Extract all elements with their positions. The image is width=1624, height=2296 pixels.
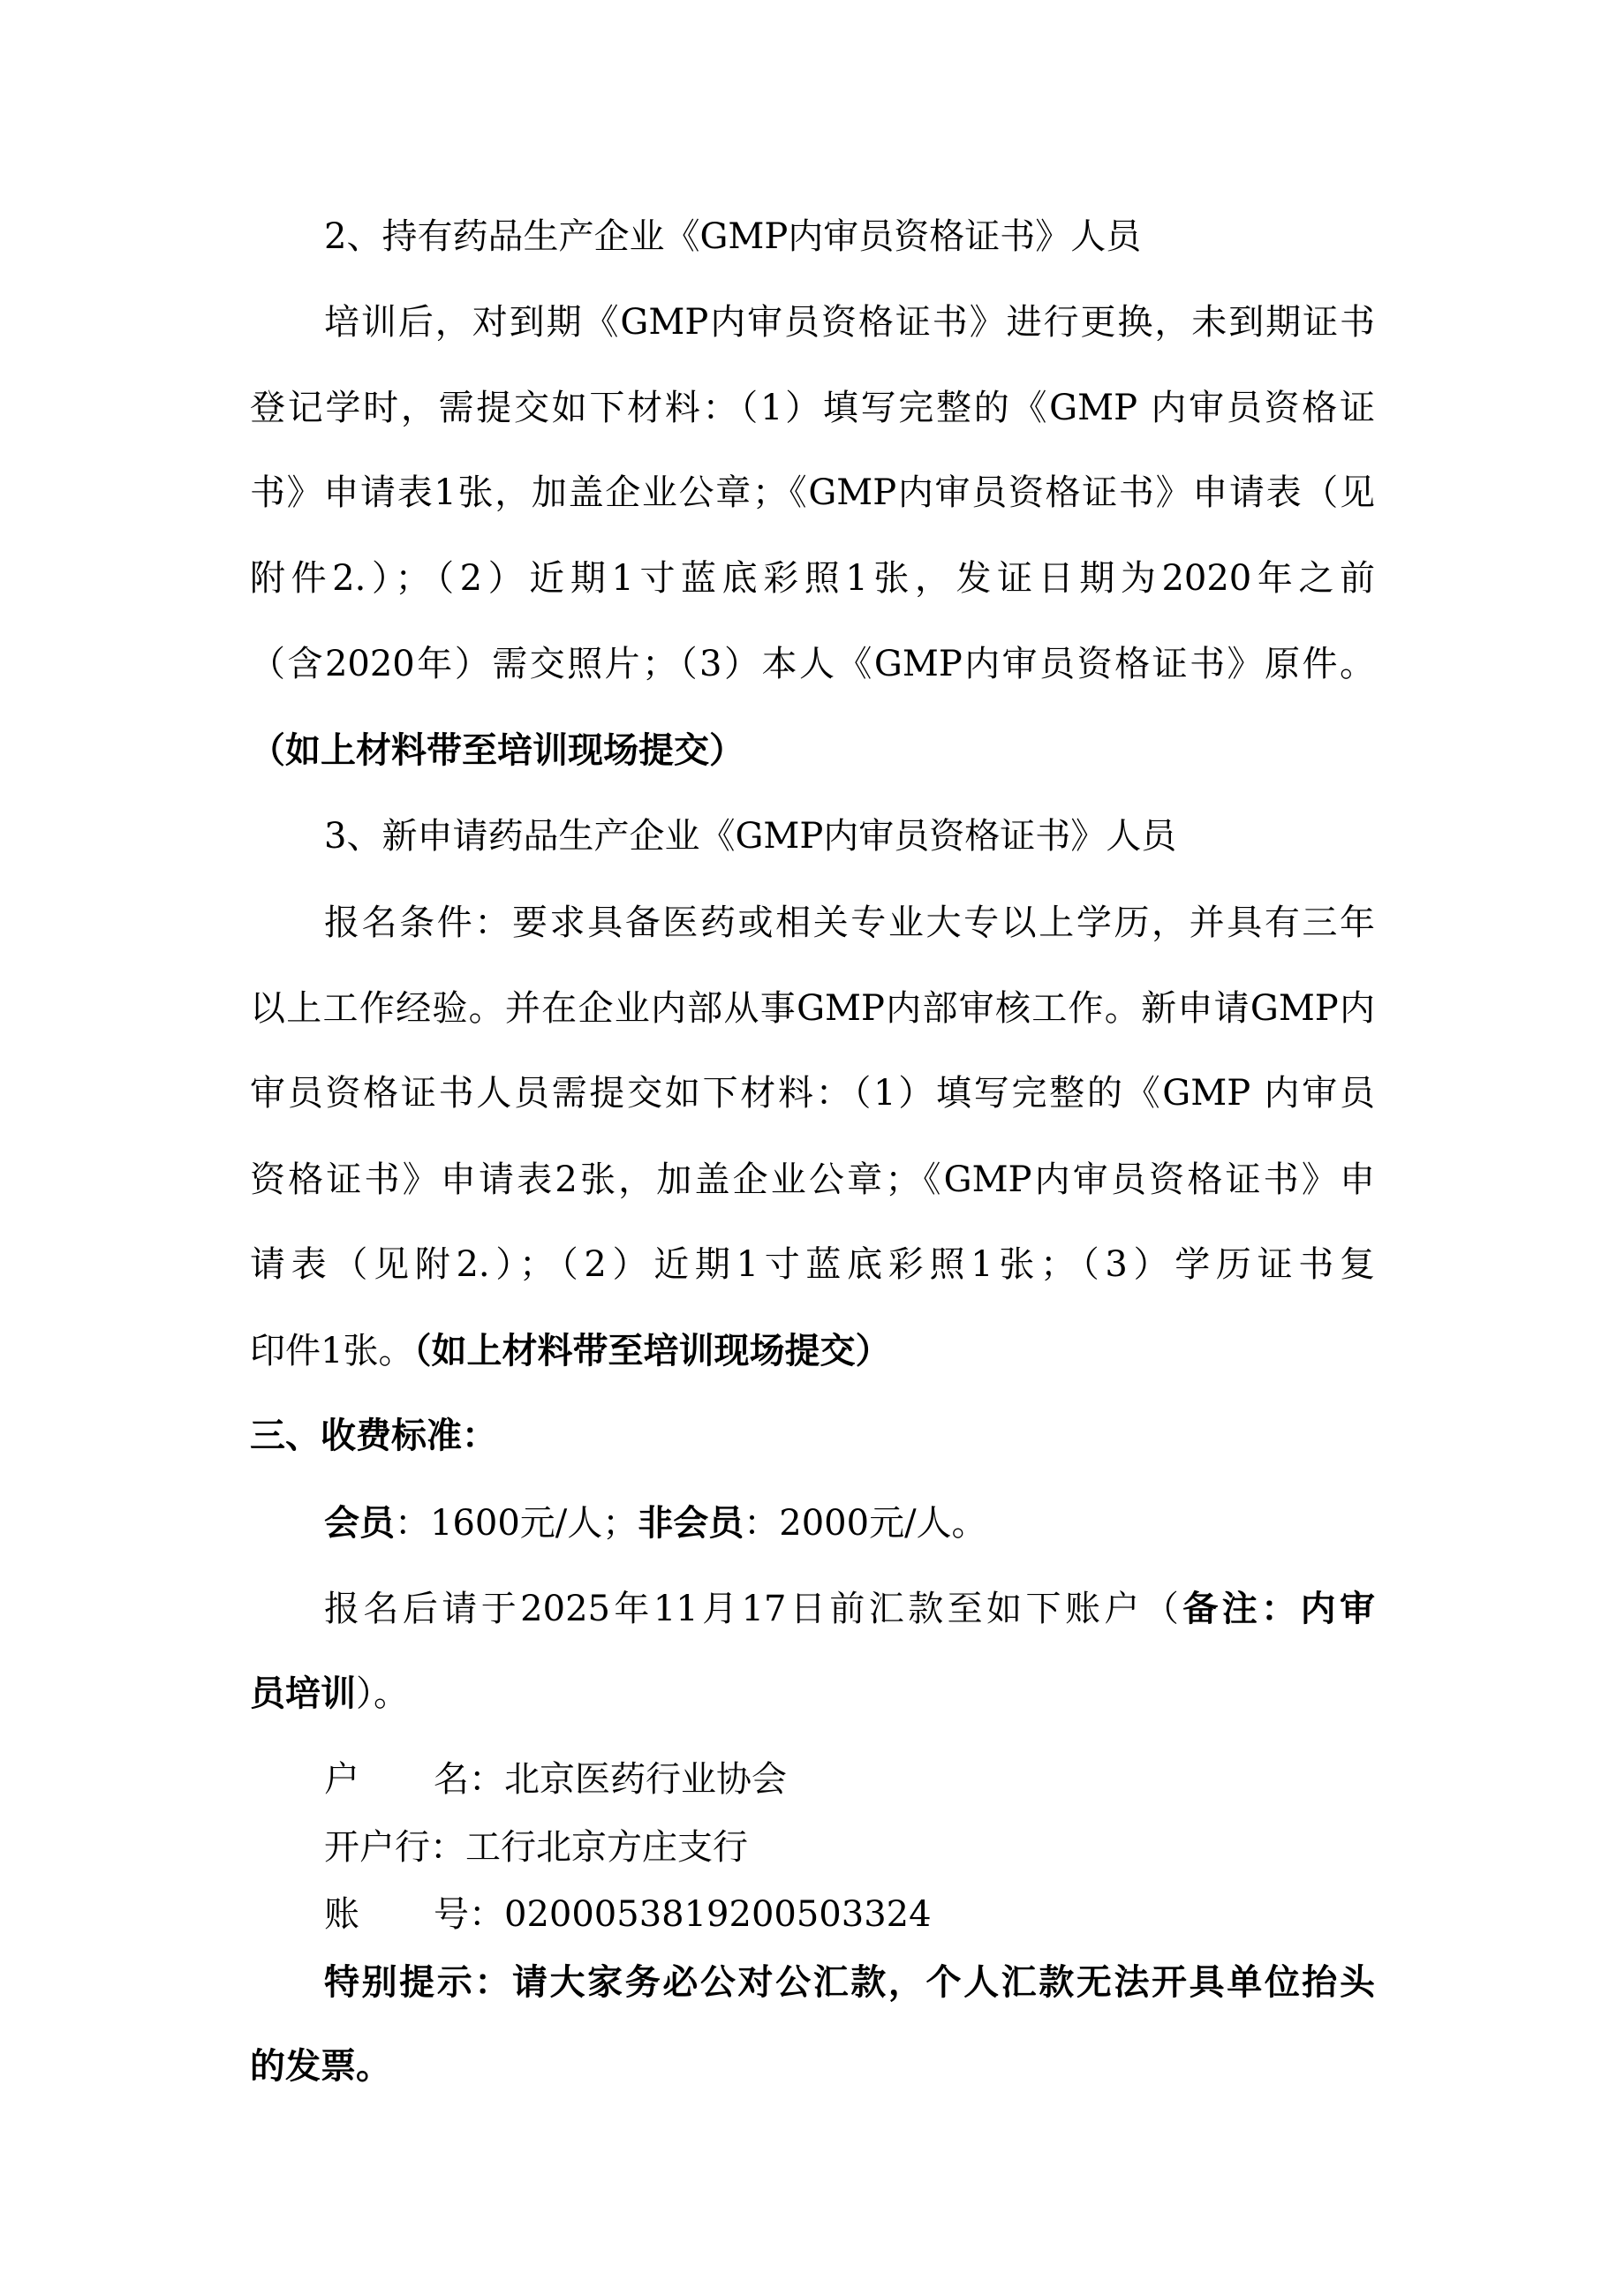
section-3-last-line: 印件1张。（如上材料带至培训现场提交） xyxy=(250,1326,1375,1376)
remittance-remark-cont: 员培训 xyxy=(250,1673,356,1714)
account-name-label-2: 名： xyxy=(434,1759,504,1800)
account-number-row: 账号：0200053819200503324 xyxy=(324,1890,1375,1939)
remittance-instruction-line: 报名后请于2025年11月17日前汇款至如下账户（备注：内审 xyxy=(324,1584,1375,1634)
account-number-label: 账 xyxy=(324,1894,359,1935)
account-name-row: 户名：北京医药行业协会 xyxy=(324,1755,1375,1804)
document-page: 2、持有药品生产企业《GMP内审员资格证书》人员 培训后，对到期《GMP内审员资… xyxy=(0,0,1624,2296)
remittance-instruction-line: 员培训）。 xyxy=(250,1669,1375,1718)
section-3-submission-note: （如上材料带至培训现场提交） xyxy=(413,1331,890,1371)
account-bank-value: 工行北京方庄支行 xyxy=(465,1827,748,1868)
account-number-value: 0200053819200503324 xyxy=(504,1894,932,1935)
fees-heading: 三、收费标准： xyxy=(250,1411,1375,1461)
section-2-paragraph-line: （含2020年）需交照片；（3）本人《GMP内审员资格证书》原件。 xyxy=(250,639,1375,689)
section-3-title: 3、新申请药品生产企业《GMP内审员资格证书》人员 xyxy=(324,812,1375,861)
remittance-remark: 备注：内审 xyxy=(1182,1589,1375,1629)
section-2-paragraph-line: 附件2.）；（2）近期1寸蓝底彩照1张，发证日期为2020年之前 xyxy=(250,554,1375,603)
fees-rates: 会员：1600元/人；非会员：2000元/人。 xyxy=(324,1499,1375,1548)
account-name-label: 户 xyxy=(324,1759,359,1800)
member-label: 会员 xyxy=(324,1503,395,1544)
section-2-paragraph-line: 书》申请表1张，加盖企业公章；《GMP内审员资格证书》申请表（见 xyxy=(250,468,1375,517)
member-fee: ：1600元/人； xyxy=(395,1503,638,1544)
section-3-paragraph-line: 资格证书》申请表2张，加盖企业公章；《GMP内审员资格证书》申 xyxy=(250,1155,1375,1205)
section-2-title: 2、持有药品生产企业《GMP内审员资格证书》人员 xyxy=(324,212,1375,261)
account-bank-label: 开户行： xyxy=(324,1827,465,1868)
account-name-value: 北京医药行业协会 xyxy=(504,1759,787,1800)
account-number-label-2: 号： xyxy=(434,1894,504,1935)
section-3-paragraph-line: 以上工作经验。并在企业内部从事GMP内部审核工作。新申请GMP内 xyxy=(250,984,1375,1033)
section-3-paragraph-line: 审员资格证书人员需提交如下材料：（1）填写完整的《GMP 内审员 xyxy=(250,1069,1375,1118)
section-2-paragraph-line: 登记学时，需提交如下材料：（1）填写完整的《GMP 内审员资格证 xyxy=(250,383,1375,433)
special-note-line: 的发票。 xyxy=(250,2042,1375,2091)
special-note-line: 特别提示：请大家务必公对公汇款，个人汇款无法开具单位抬头 xyxy=(324,1958,1375,2007)
nonmember-label: 非会员 xyxy=(638,1503,744,1544)
section-3-last-text: 印件1张。 xyxy=(250,1331,413,1371)
section-2-submission-note: （如上材料带至培训现场提交） xyxy=(250,726,1375,775)
account-bank-row: 开户行：工行北京方庄支行 xyxy=(324,1823,1375,1872)
section-3-paragraph-line: 请表（见附2.）；（2）近期1寸蓝底彩照1张；（3）学历证书复 xyxy=(250,1240,1375,1289)
section-3-paragraph-line: 报名条件：要求具备医药或相关专业大专以上学历，并具有三年 xyxy=(324,898,1375,948)
remittance-deadline-text: 报名后请于2025年11月17日前汇款至如下账户（ xyxy=(324,1589,1182,1629)
remittance-remark-close: ）。 xyxy=(356,1673,409,1714)
nonmember-fee: ：2000元/人。 xyxy=(744,1503,986,1544)
section-2-paragraph-line: 培训后，对到期《GMP内审员资格证书》进行更换，未到期证书 xyxy=(324,298,1375,347)
